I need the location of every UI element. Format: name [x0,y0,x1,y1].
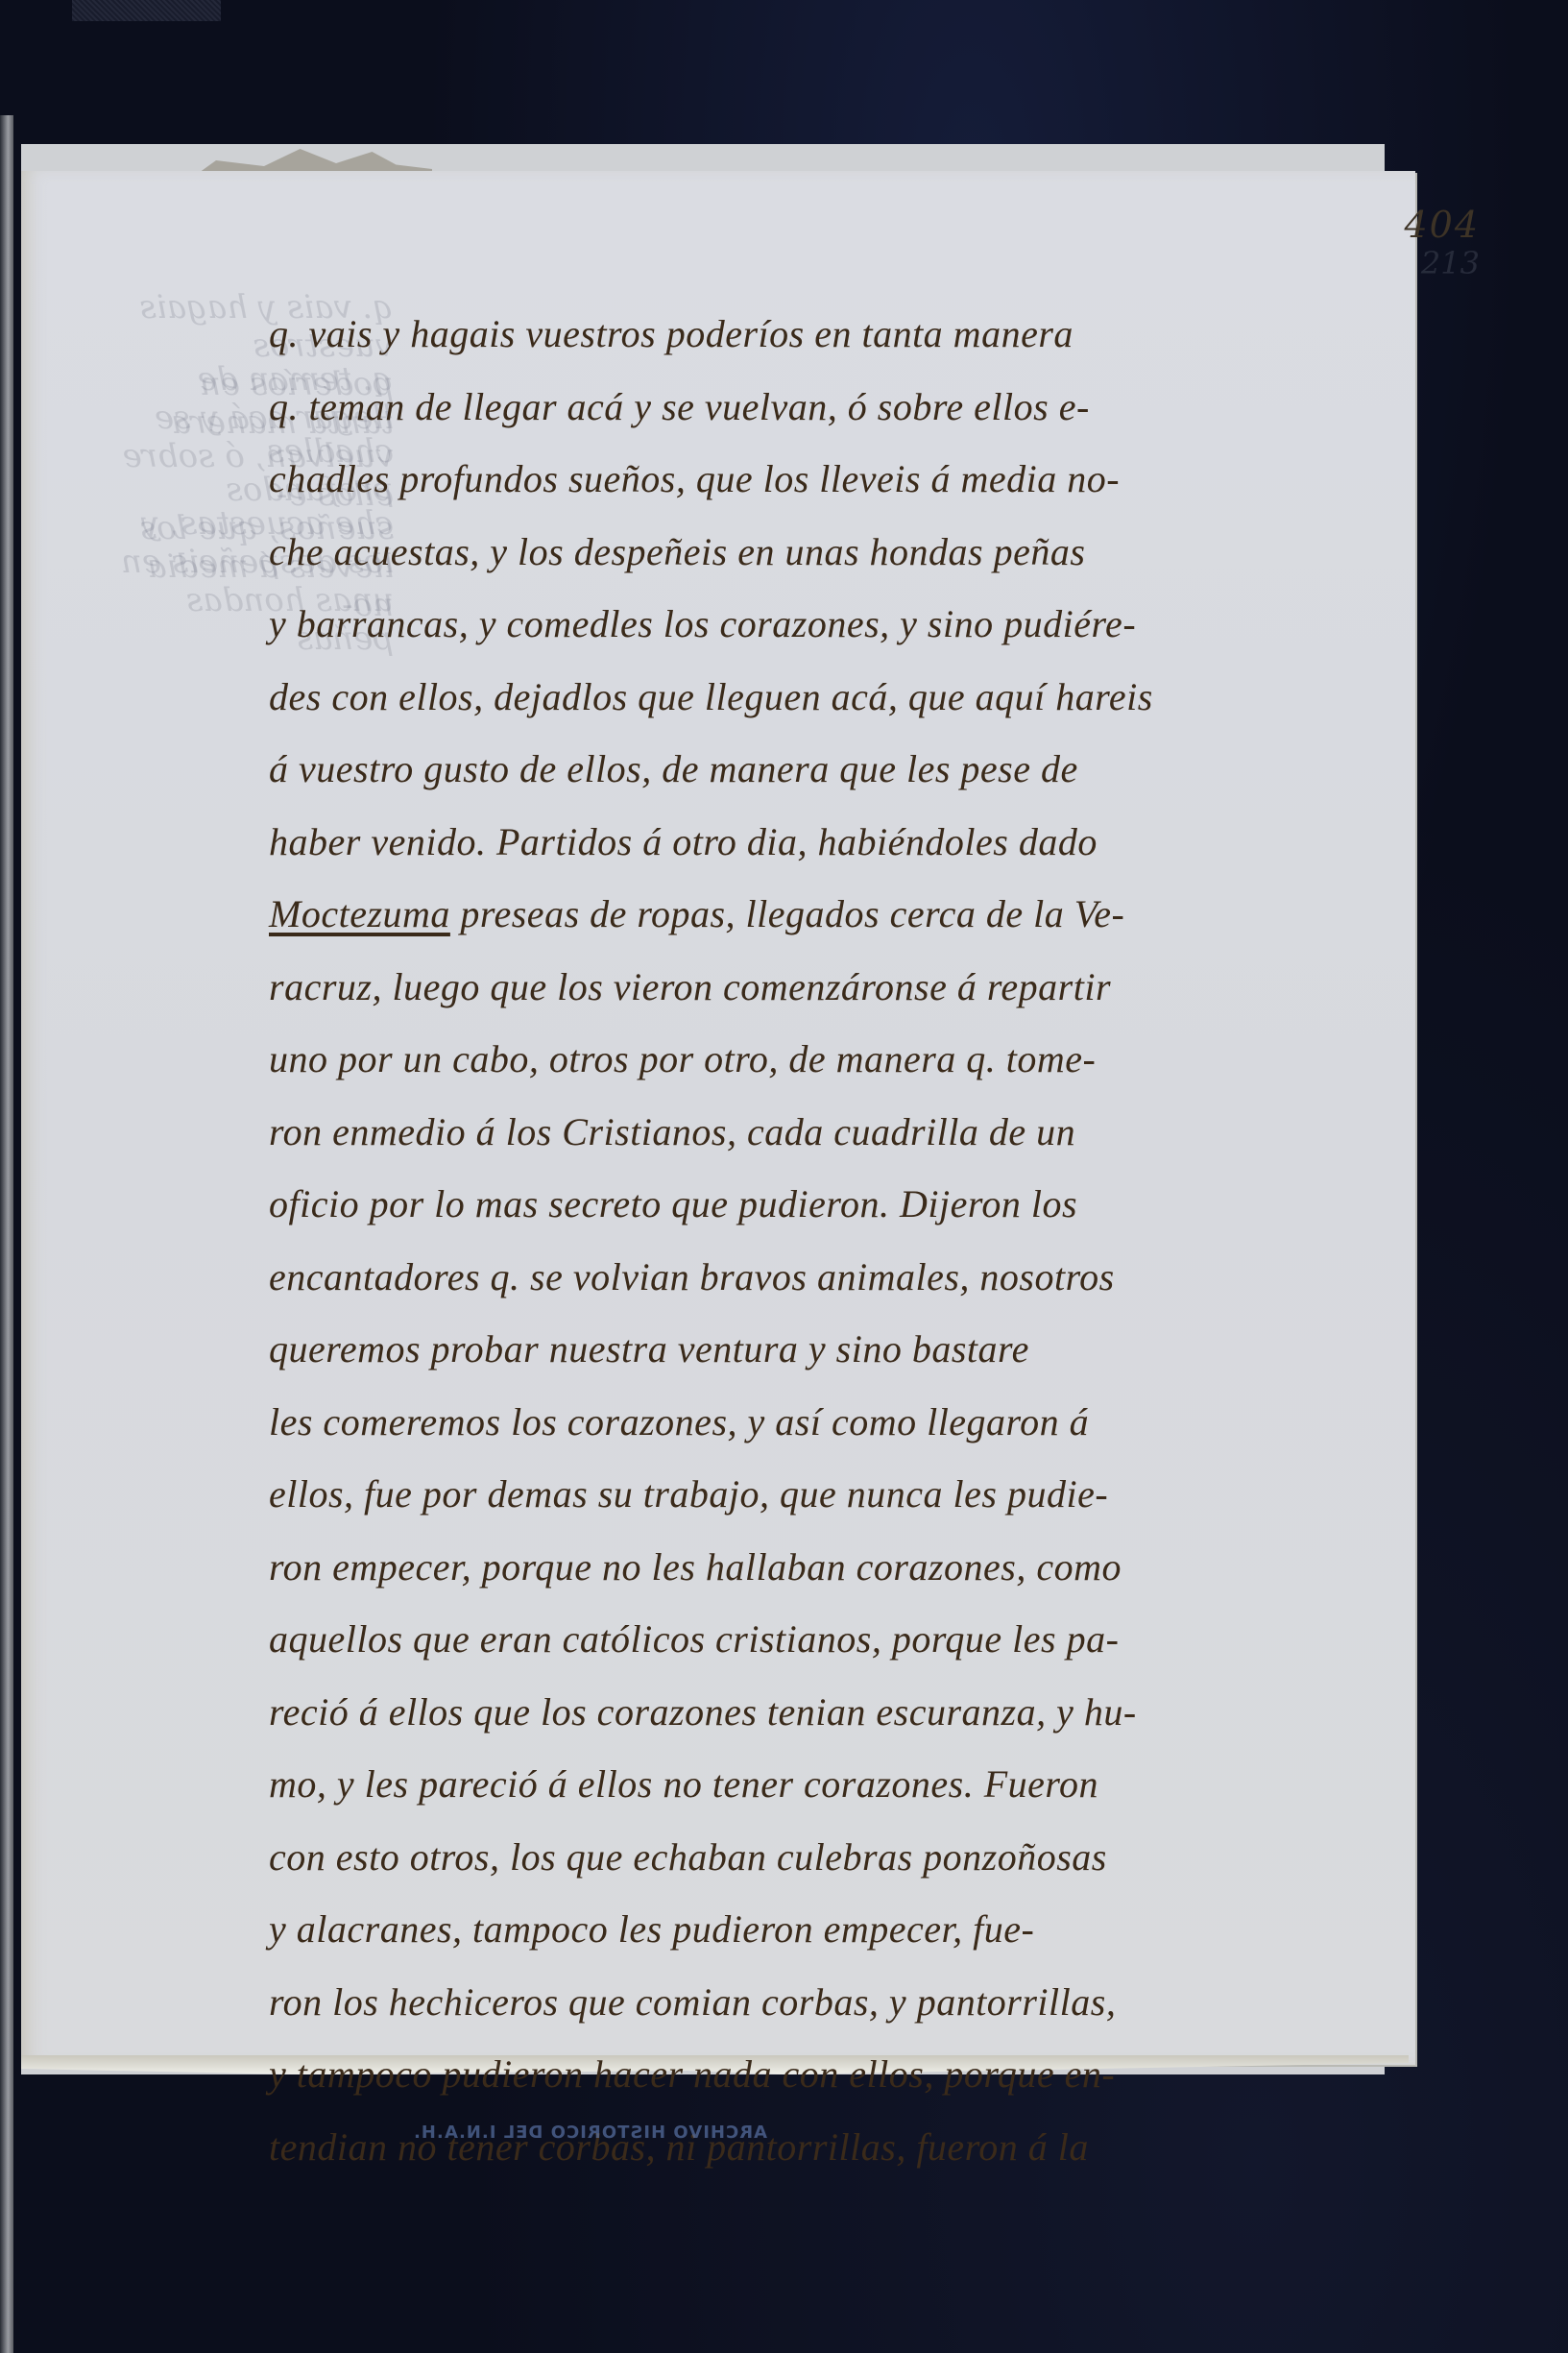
text-line: des con ellos, dejadlos que lleguen acá,… [269,661,1402,734]
text-line: y barrancas, y comedles los corazones, y… [269,588,1402,661]
text-line: á vuestro gusto de ellos, de manera que … [269,733,1402,806]
text-line: tendian no tener corbas, ni pantorrillas… [269,2111,1402,2184]
old-folio-number: 213 [1421,245,1480,281]
text-line: encantadores q. se volvian bravos animal… [269,1241,1402,1314]
text-line: q. vais y hagais vuestros poderíos en ta… [269,298,1402,371]
text-line: aquellos que eran católicos cristianos, … [269,1603,1402,1676]
text-line: ron enmedio á los Cristianos, cada cuadr… [269,1096,1402,1169]
text-line: ron los hechiceros que comian corbas, y … [269,1966,1402,2039]
text-line: uno por un cabo, otros por otro, de mane… [269,1023,1402,1096]
cover-label [72,0,221,21]
manuscript-text: q. vais y hagais vuestros poderíos en ta… [269,298,1402,2183]
text-line: haber venido. Partidos á otro dia, habié… [269,806,1402,879]
text-line-underlined: Moctezuma preseas de ropas, llegados cer… [269,878,1402,951]
text-line: y tampoco pudieron hacer nada con ellos,… [269,2038,1402,2111]
text-line: queremos probar nuestra ventura y sino b… [269,1313,1402,1386]
text-line: con esto otros, los que echaban culebras… [269,1821,1402,1894]
text-line: les comeremos los corazones, y así como … [269,1386,1402,1459]
text-line: mo, y les pareció á ellos no tener coraz… [269,1748,1402,1821]
text-line-rest: preseas de ropas, llegados cerca de la V… [450,892,1124,935]
text-line: y alacranes, tampoco les pudieron empece… [269,1893,1402,1966]
text-line: q. teman de llegar acá y se vuelvan, ó s… [269,371,1402,444]
text-line: chadles profundos sueños, que los llevei… [269,443,1402,516]
text-line: ron empecer, porque no les hallaban cora… [269,1531,1402,1604]
text-line: oficio por lo mas secreto que pudieron. … [269,1168,1402,1241]
text-line: racruz, luego que los vieron comenzárons… [269,951,1402,1024]
text-line: ellos, fue por demas su trabajo, que nun… [269,1458,1402,1531]
text-line: reció á ellos que los corazones tenian e… [269,1676,1402,1749]
text-line: che acuestas, y los despeñeis en unas ho… [269,516,1402,589]
underlined-name: Moctezuma [269,892,450,935]
folio-number: 404 [1404,204,1480,246]
book-binding [0,115,13,2353]
archive-stamp-mirrored: ARCHIVO HISTORICO DEL I.N.A.H. [413,2123,767,2143]
